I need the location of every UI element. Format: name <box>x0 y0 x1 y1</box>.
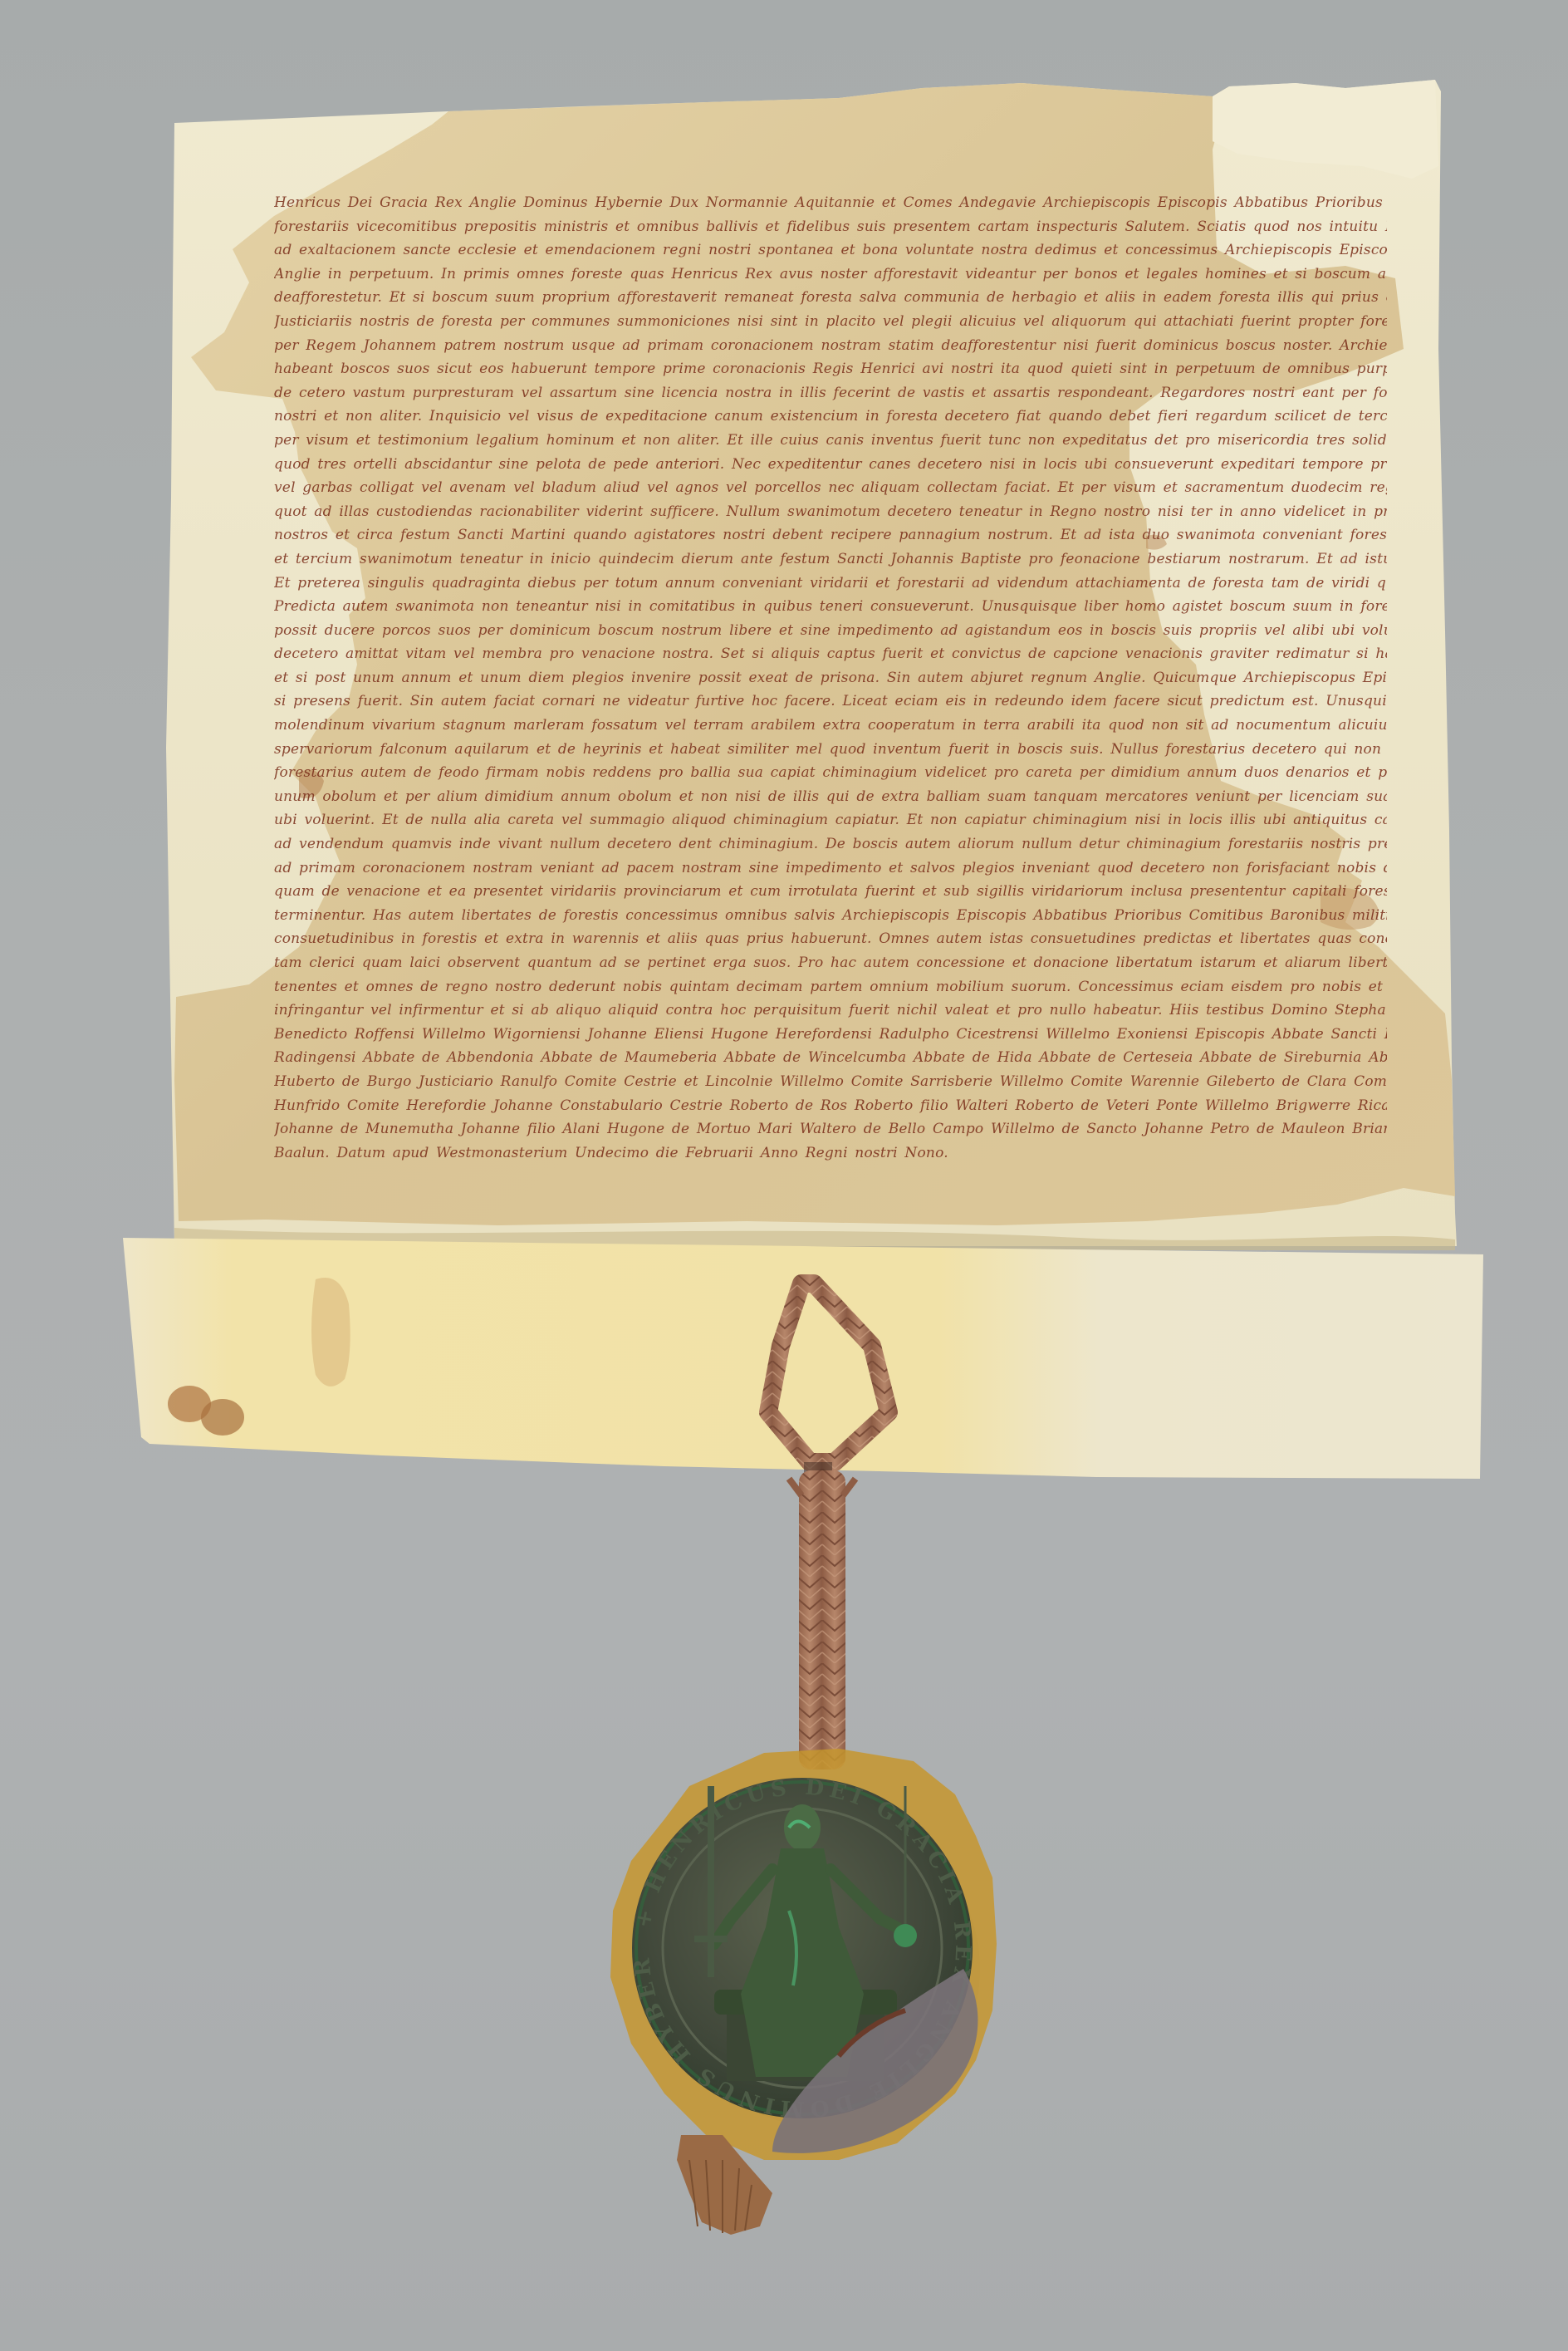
charter-text-block: Henricus Dei Gracia Rex Anglie Dominus H… <box>274 191 1387 1221</box>
charter-line: quot ad illas custodiendas racionabilite… <box>274 500 1387 524</box>
charter-line: Benedicto Roffensi Willelmo Wigorniensi … <box>274 1023 1387 1047</box>
charter-line: forestariis vicecomitibus prepositis min… <box>274 215 1387 239</box>
charter-line: forestarius autem de feodo firmam nobis … <box>274 761 1387 785</box>
charter-line: infringantur vel infirmentur et si ab al… <box>274 999 1387 1023</box>
charter-line: habeant boscos suos sicut eos habuerunt … <box>274 357 1387 381</box>
charter-line: Henricus Dei Gracia Rex Anglie Dominus H… <box>274 191 1387 215</box>
charter-line: Johanne de Munemutha Johanne filio Alani… <box>274 1117 1387 1141</box>
charter-line: deafforestetur. Et si boscum suum propri… <box>274 286 1387 310</box>
charter-line: per visum et testimonium legalium hominu… <box>274 429 1387 453</box>
charter-line: Anglie in perpetuum. In primis omnes for… <box>274 263 1387 287</box>
charter-line: nostros et circa festum Sancti Martini q… <box>274 523 1387 547</box>
seal-cord <box>799 1470 845 1769</box>
charter-line: de cetero vastum purpresturam vel assart… <box>274 381 1387 405</box>
charter-line: Radingensi Abbate de Abbendonia Abbate d… <box>274 1046 1387 1070</box>
charter-line: Justiciariis nostris de foresta per comm… <box>274 310 1387 334</box>
charter-line: ad exaltacionem sancte ecclesie et emend… <box>274 238 1387 263</box>
charter-line: quod tres ortelli abscidantur sine pelot… <box>274 453 1387 477</box>
charter-line: molendinum vivarium stagnum marleram fos… <box>274 714 1387 738</box>
charter-line: ubi voluerint. Et de nulla alia careta v… <box>274 808 1387 832</box>
charter-line: decetero amittat vitam vel membra pro ve… <box>274 642 1387 666</box>
charter-line: Huberto de Burgo Justiciario Ranulfo Com… <box>274 1070 1387 1094</box>
charter-line: tenentes et omnes de regno nostro dederu… <box>274 975 1387 999</box>
charter-line: spervariorum falconum aquilarum et de he… <box>274 738 1387 762</box>
charter-line: Hunfrido Comite Herefordie Johanne Const… <box>274 1094 1387 1118</box>
charter-line: ad primam coronacionem nostram veniant a… <box>274 856 1387 881</box>
charter-line: ad vendendum quamvis inde vivant nullum … <box>274 832 1387 856</box>
charter-line: unum obolum et per alium dimidium annum … <box>274 785 1387 809</box>
charter-line: vel garbas colligat vel avenam vel bladu… <box>274 476 1387 500</box>
charter-line: Predicta autem swanimota non teneantur n… <box>274 595 1387 619</box>
charter-line: quam de venacione et ea presentet virida… <box>274 880 1387 904</box>
charter-line: si presens fuerit. Sin autem faciat corn… <box>274 690 1387 714</box>
charter-line: tam clerici quam laici observent quantum… <box>274 951 1387 975</box>
charter-photograph: + HENRICUS DEI GRACIA REX ANGLIE DOMINUS… <box>0 0 1568 2351</box>
charter-line: Et preterea singulis quadraginta diebus … <box>274 572 1387 596</box>
stain <box>311 1278 350 1387</box>
charter-line: et si post unum annum et unum diem plegi… <box>274 666 1387 690</box>
charter-line: terminentur. Has autem libertates de for… <box>274 904 1387 928</box>
stain <box>201 1399 244 1436</box>
charter-line: nostri et non aliter. Inquisicio vel vis… <box>274 405 1387 429</box>
charter-line: possit ducere porcos suos per dominicum … <box>274 619 1387 643</box>
charter-line: et tercium swanimotum teneatur in inicio… <box>274 547 1387 572</box>
charter-line: per Regem Johannem patrem nostrum usque … <box>274 334 1387 358</box>
charter-line: Baalun. Datum apud Westmonasterium Undec… <box>274 1141 1387 1166</box>
charter-line: consuetudinibus in forestis et extra in … <box>274 927 1387 951</box>
